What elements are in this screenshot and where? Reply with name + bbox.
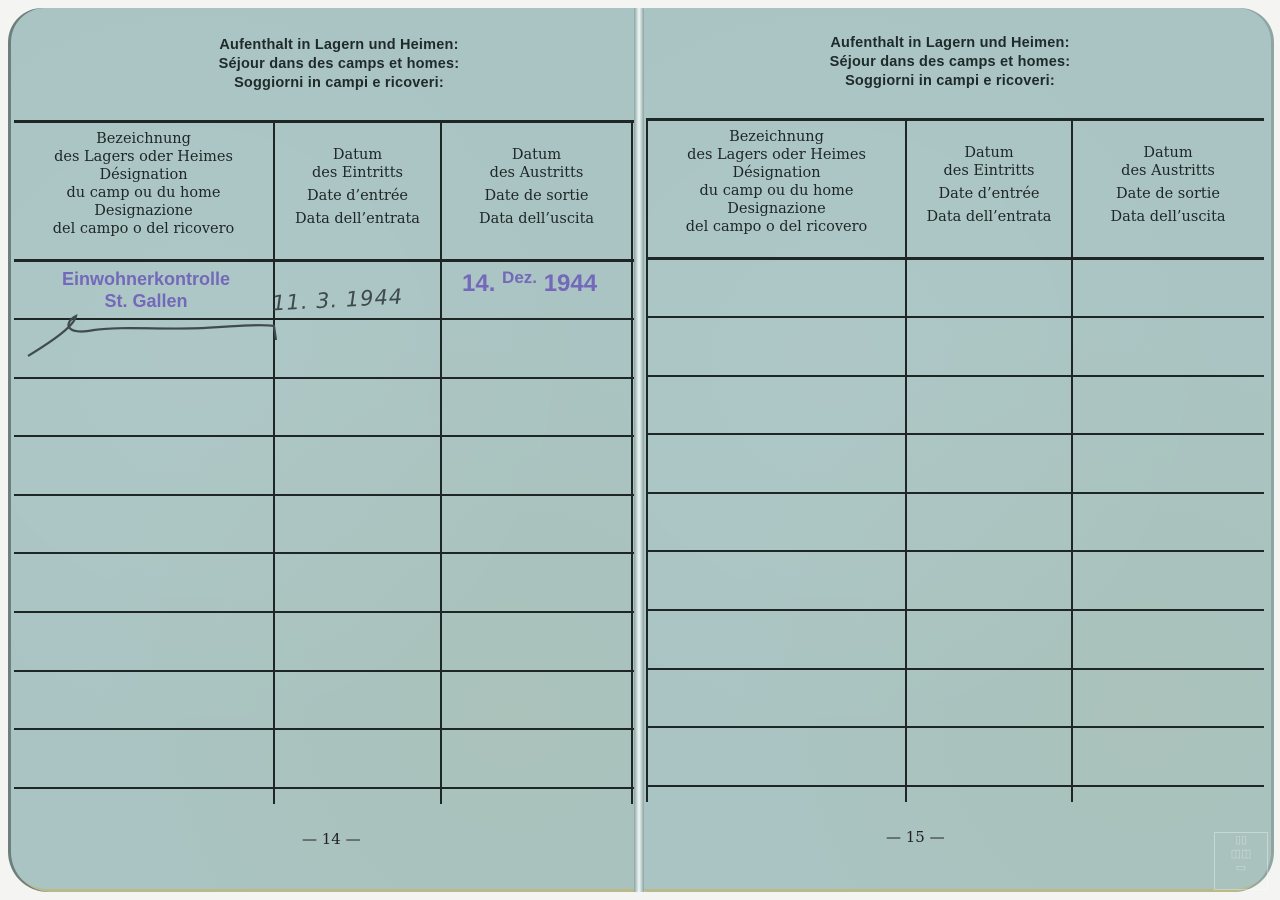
header-text: Date d’entrée: [907, 185, 1071, 203]
header-text: Designazione: [648, 200, 905, 218]
column-header-designation: Bezeichnung des Lagers oder Heimes Désig…: [648, 128, 905, 236]
row-line: [646, 375, 1264, 377]
column-header-exit-date: Datum des Austritts Date de sortie Data …: [1073, 144, 1263, 226]
header-text: Data dell’entrata: [907, 208, 1071, 226]
header-text: des Eintritts: [275, 164, 440, 182]
row-line: [646, 668, 1264, 670]
column-header-entry-date: Datum des Eintritts Date d’entrée Data d…: [907, 144, 1071, 226]
header-text: des Eintritts: [907, 162, 1071, 180]
row-line: [646, 433, 1264, 435]
header-text: Date de sortie: [442, 187, 631, 205]
row-line: [646, 316, 1264, 318]
header-text: Date d’entrée: [275, 187, 440, 205]
book-spine: [634, 8, 644, 892]
header-text: Datum: [275, 146, 440, 164]
header-text: Datum: [1073, 144, 1263, 162]
page-number-left: — 14 —: [302, 830, 361, 848]
row-line: [646, 492, 1264, 494]
header-text: Désignation: [14, 166, 273, 184]
header-text: des Austritts: [1073, 162, 1263, 180]
header-text: Data dell’uscita: [1073, 208, 1263, 226]
stamp-year: 1944: [544, 270, 597, 297]
header-text: Date de sortie: [1073, 185, 1263, 203]
row-line: [14, 728, 634, 730]
header-text: Data dell’uscita: [442, 210, 631, 228]
title-line-fr: Séjour dans des camps et homes:: [8, 55, 670, 74]
row-line: [14, 787, 634, 789]
header-text: Bezeichnung: [648, 128, 905, 146]
stamp-month: Dez.: [502, 268, 537, 287]
header-text: du camp ou du home: [648, 182, 905, 200]
header-text: Designazione: [14, 202, 273, 220]
row-line: [14, 670, 634, 672]
stamp-day: 14.: [462, 270, 495, 297]
exit-date-stamp: 14. Dez. 1944: [462, 270, 597, 298]
header-text: del campo o del ricovero: [648, 218, 905, 236]
right-page-title: Aufenthalt in Lagern und Heimen: Séjour …: [640, 34, 1260, 91]
row-line: [646, 609, 1264, 611]
header-bottom-border: [646, 257, 1264, 260]
row-line: [646, 550, 1264, 552]
row-line: [14, 377, 634, 379]
signature-icon: [24, 306, 280, 360]
row-line: [646, 726, 1264, 728]
header-bottom-border: [14, 259, 634, 262]
title-line-de: Aufenthalt in Lagern und Heimen:: [640, 34, 1260, 53]
title-line-it: Soggiorni in campi e ricoveri:: [8, 74, 670, 93]
header-text: Datum: [907, 144, 1071, 162]
watermark-logo: ▯▯◫◫▭: [1214, 832, 1268, 890]
header-text: Bezeichnung: [14, 130, 273, 148]
row-line: [14, 552, 634, 554]
left-page-title: Aufenthalt in Lagern und Heimen: Séjour …: [8, 36, 670, 93]
title-line-fr: Séjour dans des camps et homes:: [640, 53, 1260, 72]
row-line: [14, 611, 634, 613]
column-header-designation: Bezeichnung des Lagers oder Heimes Désig…: [14, 130, 273, 238]
header-text: du camp ou du home: [14, 184, 273, 202]
column-header-exit-date: Datum des Austritts Date de sortie Data …: [442, 146, 631, 228]
page-number-right: — 15 —: [886, 828, 945, 846]
header-text: des Austritts: [442, 164, 631, 182]
header-text: del campo o del ricovero: [14, 220, 273, 238]
title-line-de: Aufenthalt in Lagern und Heimen:: [8, 36, 670, 55]
row-line: [14, 494, 634, 496]
header-text: Désignation: [648, 164, 905, 182]
row-line: [646, 785, 1264, 787]
column-header-entry-date: Datum des Eintritts Date d’entrée Data d…: [275, 146, 440, 228]
row-line: [14, 435, 634, 437]
table-right-border: [631, 122, 633, 804]
title-line-it: Soggiorni in campi e ricoveri:: [640, 72, 1260, 91]
stamp-text: Einwohnerkontrolle: [36, 268, 256, 290]
header-text: Datum: [442, 146, 631, 164]
header-text: des Lagers oder Heimes: [14, 148, 273, 166]
header-text: des Lagers oder Heimes: [648, 146, 905, 164]
header-text: Data dell’entrata: [275, 210, 440, 228]
table-top-border: [14, 120, 634, 123]
table-top-border: [646, 118, 1264, 121]
